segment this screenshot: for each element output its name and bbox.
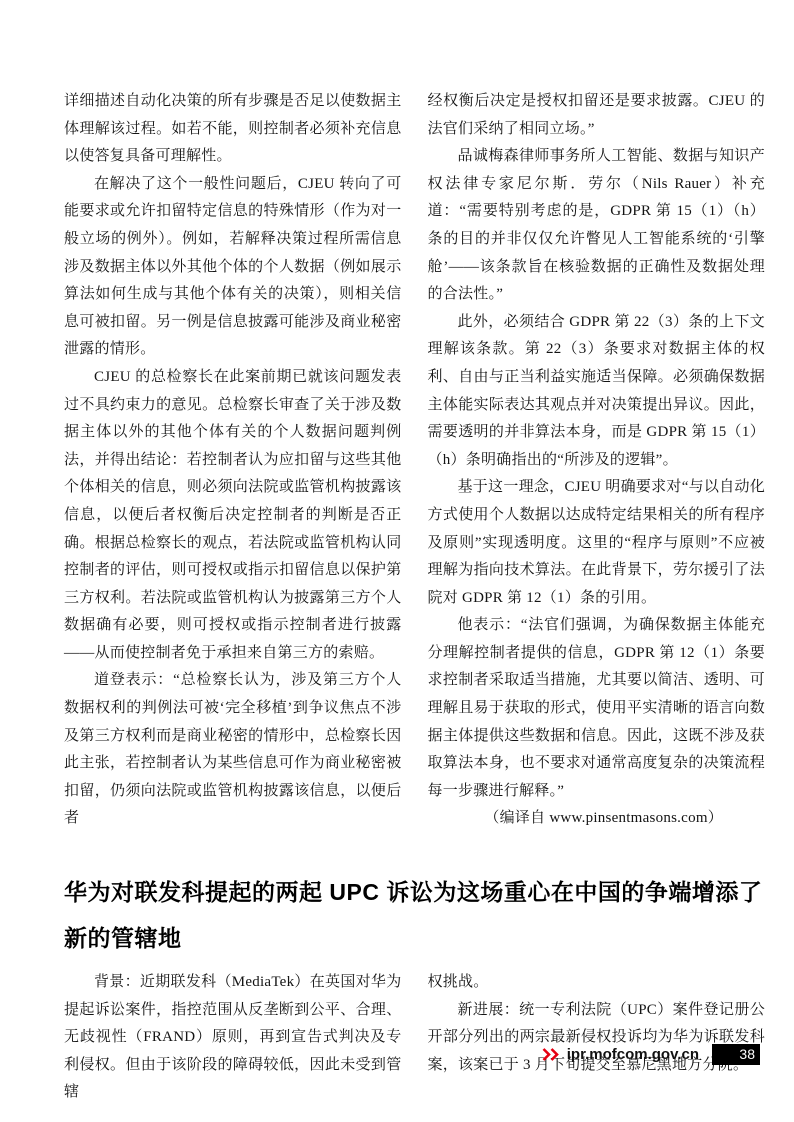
page-number-badge: 38 — [712, 1044, 760, 1065]
article2-columns: 背景：近期联发科（MediaTek）在英国对华为提起诉讼案件，指控范围从反垄断到… — [64, 969, 765, 1107]
article1-right-column: 经权衡后决定是授权扣留还是要求披露。CJEU 的法官们采纳了相同立场。” 品诚梅… — [428, 88, 766, 833]
article-title: 华为对联发科提起的两起 UPC 诉讼为这场重心在中国的争端增添了新的管辖地 — [64, 869, 765, 961]
paragraph: 背景：近期联发科（MediaTek）在英国对华为提起诉讼案件，指控范围从反垄断到… — [64, 969, 402, 1107]
article-gdpr-cjeu: 详细描述自动化决策的所有步骤是否足以使数据主体理解该过程。如若不能，则控制者必须… — [64, 88, 765, 833]
paragraph: 在解决了这个一般性问题后，CJEU 转向了可能要求或允许扣留特定信息的特殊情形（… — [64, 171, 402, 364]
article1-columns: 详细描述自动化决策的所有步骤是否足以使数据主体理解该过程。如若不能，则控制者必须… — [64, 88, 765, 833]
page-footer: ipr.mofcom.gov.cn 38 — [541, 1044, 760, 1065]
paragraph: 品诚梅森律师事务所人工智能、数据与知识产权法律专家尼尔斯．劳尔（Nils Rau… — [428, 143, 766, 309]
double-chevron-icon — [541, 1047, 560, 1062]
paragraph: 道登表示：“总检察长认为，涉及第三方个人数据权利的判例法可被‘完全移植’到争议焦… — [64, 667, 402, 833]
article1-left-column: 详细描述自动化决策的所有步骤是否足以使数据主体理解该过程。如若不能，则控制者必须… — [64, 88, 402, 833]
document-page: 详细描述自动化决策的所有步骤是否足以使数据主体理解该过程。如若不能，则控制者必须… — [0, 0, 794, 1122]
paragraph: 详细描述自动化决策的所有步骤是否足以使数据主体理解该过程。如若不能，则控制者必须… — [64, 88, 402, 171]
source-credit: （编译自 www.pinsentmasons.com） — [428, 805, 766, 833]
paragraph: 此外，必须结合 GDPR 第 22（3）条的上下文理解该条款。第 22（3）条要… — [428, 309, 766, 475]
paragraph: CJEU 的总检察长在此案前期已就该问题发表过不具约束力的意见。总检察长审查了关… — [64, 364, 402, 668]
article-huawei-mediatek: 华为对联发科提起的两起 UPC 诉讼为这场重心在中国的争端增添了新的管辖地 背景… — [64, 869, 765, 1107]
paragraph: 新进展：统一专利法院（UPC）案件登记册公开部分列出的两宗最新侵权投诉均为华为诉… — [428, 997, 766, 1080]
paragraph: 基于这一理念，CJEU 明确要求对“与以自动化方式使用个人数据以达成特定结果相关… — [428, 474, 766, 612]
page-content: 详细描述自动化决策的所有步骤是否足以使数据主体理解该过程。如若不能，则控制者必须… — [0, 0, 794, 1107]
article2-right-column: 权挑战。 新进展：统一专利法院（UPC）案件登记册公开部分列出的两宗最新侵权投诉… — [428, 969, 766, 1107]
site-url: ipr.mofcom.gov.cn — [567, 1046, 699, 1063]
paragraph: 他表示：“法官们强调，为确保数据主体能充分理解控制者提供的信息，GDPR 第 1… — [428, 612, 766, 805]
paragraph: 经权衡后决定是授权扣留还是要求披露。CJEU 的法官们采纳了相同立场。” — [428, 88, 766, 143]
article2-left-column: 背景：近期联发科（MediaTek）在英国对华为提起诉讼案件，指控范围从反垄断到… — [64, 969, 402, 1107]
paragraph: 权挑战。 — [428, 969, 766, 997]
